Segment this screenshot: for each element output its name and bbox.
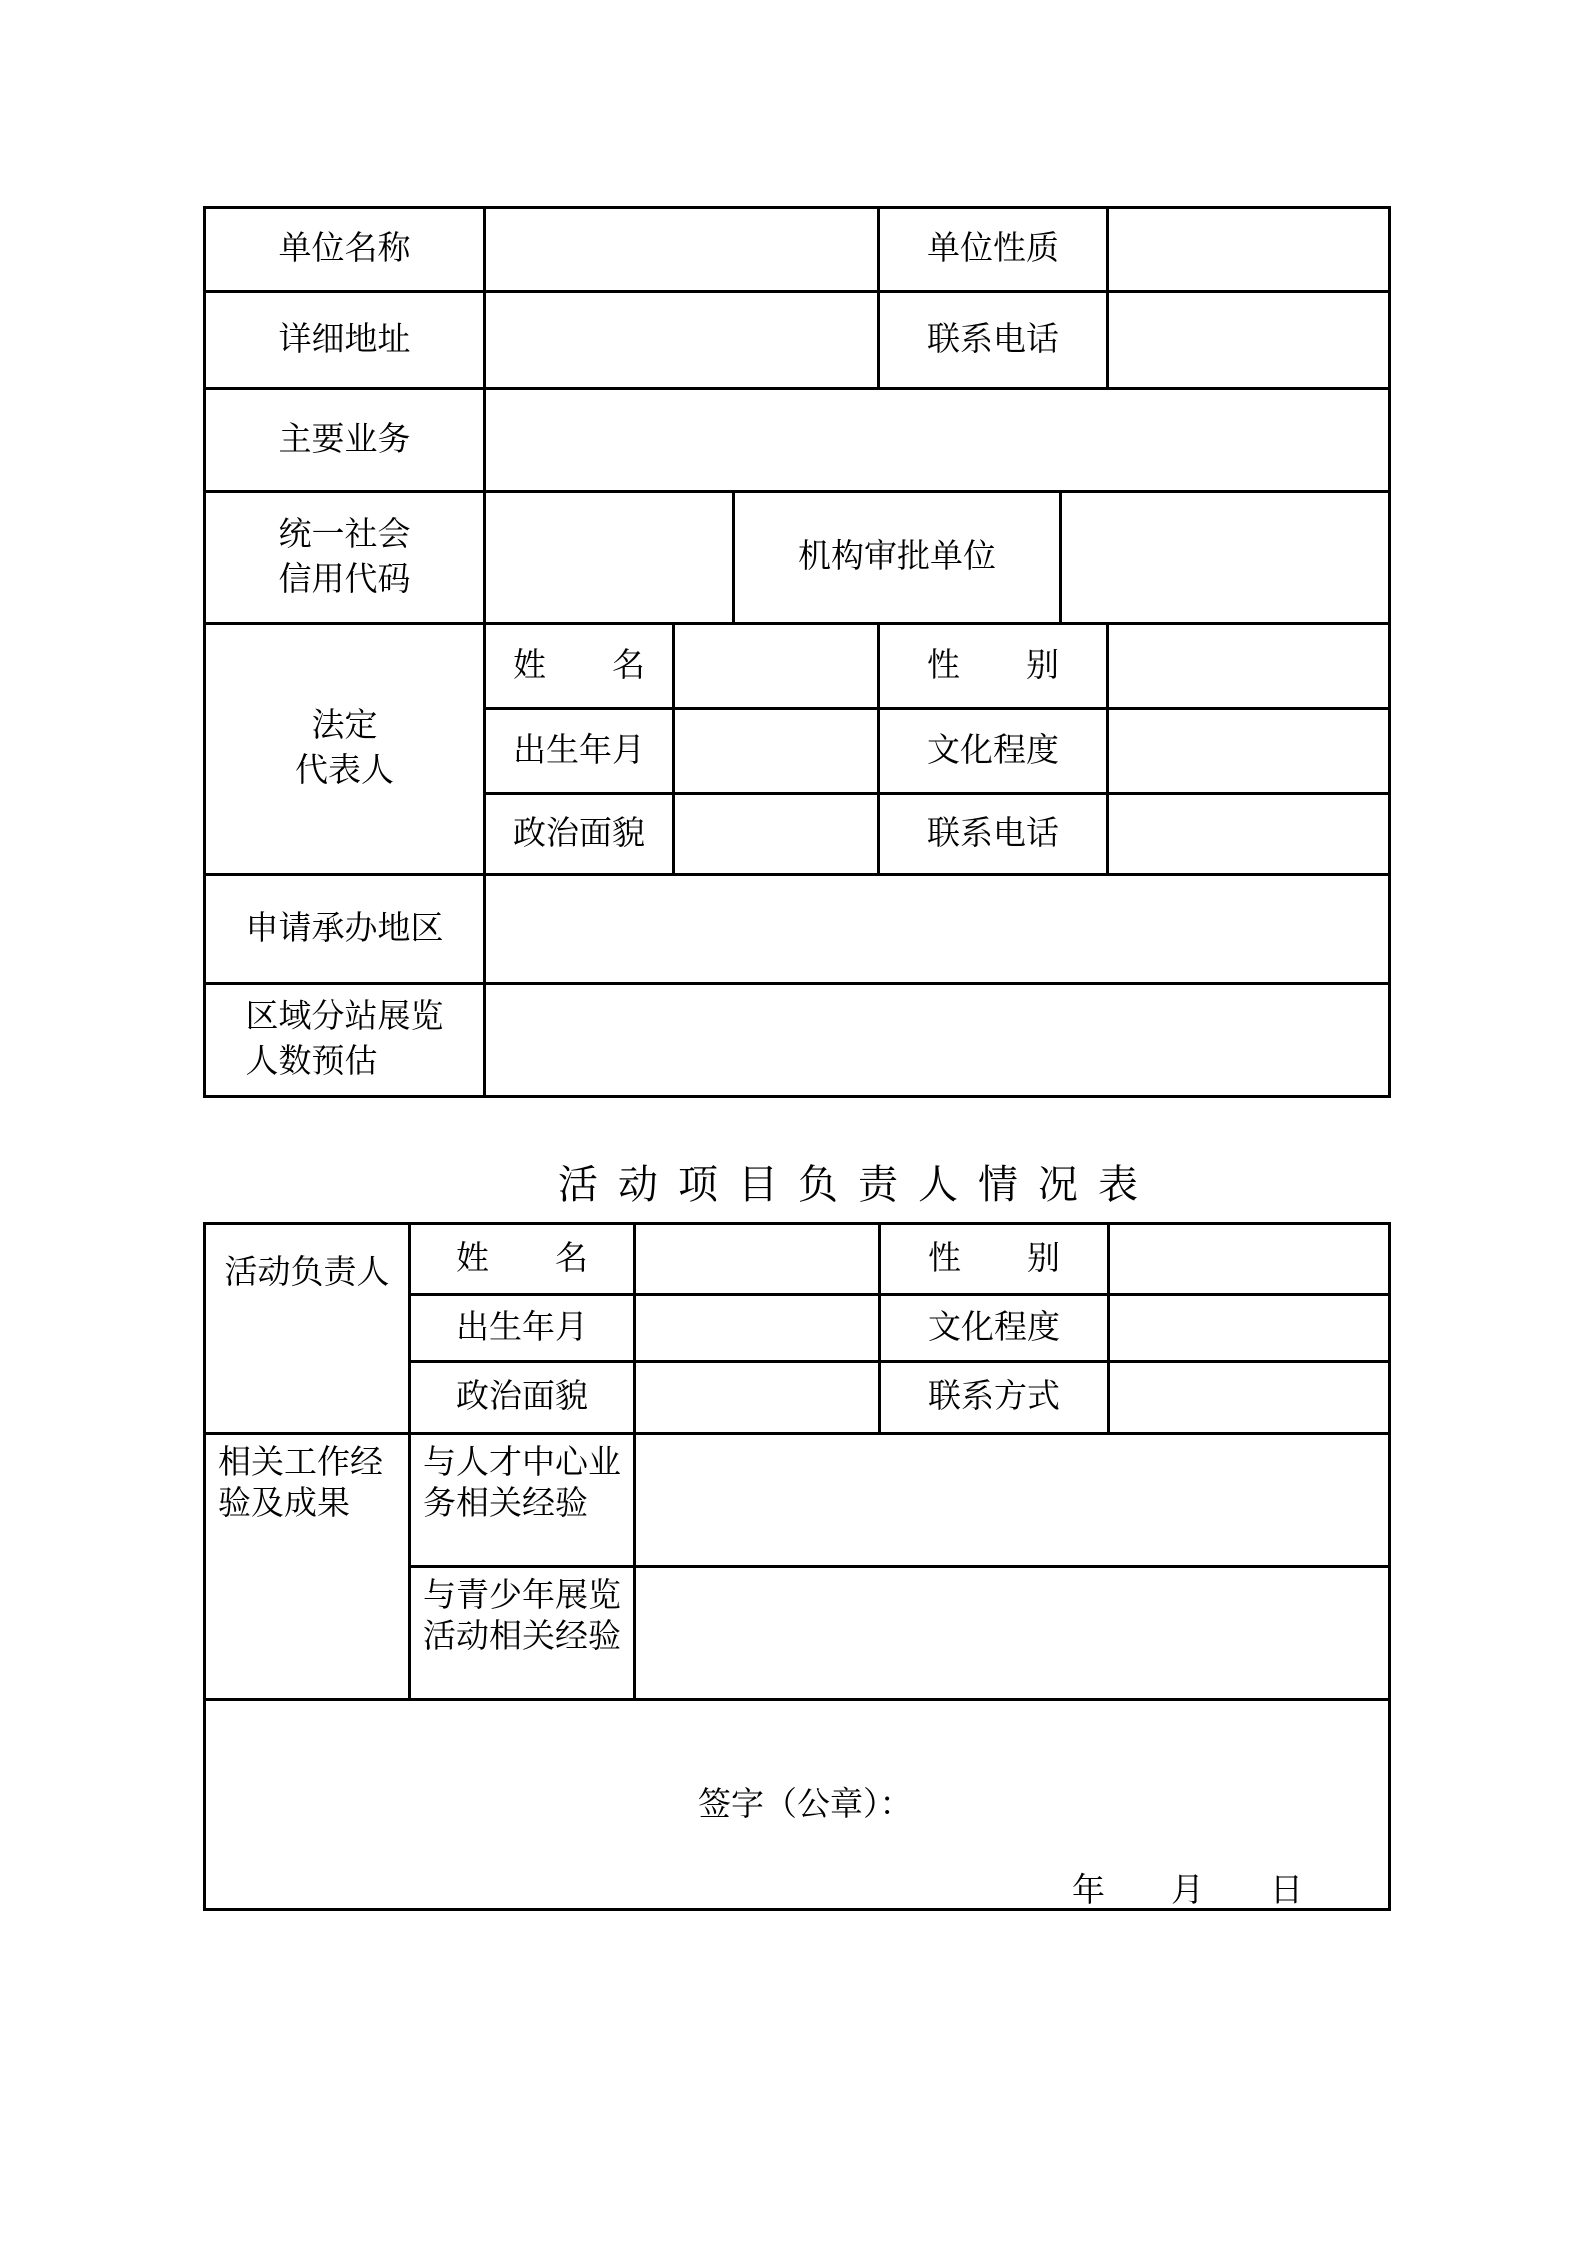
rep-birth-value-cell [674,709,879,794]
date-label: 年 月 日 [1072,1869,1303,1910]
main-business-value-cell [485,389,1390,492]
rep-name-label: 姓 名 [485,624,674,709]
contact-phone-value-cell [1108,292,1390,389]
talent-center-exp-label: 与人才中心业 务相关经验 [410,1434,635,1567]
rep-education-value-cell [1108,709,1390,794]
unit-nature-value-cell [1108,208,1390,292]
approval-unit-value-cell [1061,492,1390,624]
apply-region-label: 申请承办地区 [205,875,485,984]
rep-political-label: 政治面貌 [485,794,674,875]
address-label: 详细地址 [205,292,485,389]
contact-phone-label: 联系电话 [879,292,1108,389]
unit-name-value-cell [485,208,879,292]
leader-label: 活动负责人 [205,1224,410,1434]
leader-education-label: 文化程度 [880,1295,1109,1362]
rep-birth-label: 出生年月 [485,709,674,794]
company-info-table: 单位名称 单位性质 详细地址 联系电话 主要业务 统一社会 信用代码 机构审批单… [203,206,1391,1098]
attendance-estimate-value-cell [485,984,1390,1097]
apply-region-value-cell [485,875,1390,984]
credit-code-value-cell [485,492,734,624]
talent-center-exp-value-cell [635,1434,1390,1567]
approval-unit-label: 机构审批单位 [734,492,1061,624]
leader-gender-value-cell [1109,1224,1390,1295]
signature-label: 签字（公章）： [698,1783,913,1828]
rep-education-label: 文化程度 [879,709,1108,794]
experience-label: 相关工作经 验及成果 [205,1434,410,1700]
leader-birth-label: 出生年月 [410,1295,635,1362]
youth-exhibition-exp-label: 与青少年展览 活动相关经验 [410,1567,635,1700]
section-title: 活 动 项 目 负 责 人 情 况 表 [203,1153,1388,1210]
attendance-estimate-label-text: 区域分站展览 人数预估 [246,995,444,1084]
leader-name-value-cell [635,1224,880,1295]
rep-phone-value-cell [1108,794,1390,875]
leader-political-value-cell [635,1362,880,1434]
rep-gender-label: 性 别 [879,624,1108,709]
signature-cell: 签字（公章）： 年 月 日 [205,1700,1390,1910]
leader-birth-value-cell [635,1295,880,1362]
leader-contact-label: 联系方式 [880,1362,1109,1434]
unit-name-label: 单位名称 [205,208,485,292]
main-business-label: 主要业务 [205,389,485,492]
unit-nature-label: 单位性质 [879,208,1108,292]
leader-name-label: 姓 名 [410,1224,635,1295]
rep-phone-label: 联系电话 [879,794,1108,875]
attendance-estimate-label: 区域分站展览 人数预估 [205,984,485,1097]
leader-info-table: 活动负责人 姓 名 性 别 出生年月 文化程度 政治面貌 联系方式 相关工作经 … [203,1222,1391,1911]
credit-code-label: 统一社会 信用代码 [205,492,485,624]
rep-name-value-cell [674,624,879,709]
leader-education-value-cell [1109,1295,1390,1362]
leader-political-label: 政治面貌 [410,1362,635,1434]
address-value-cell [485,292,879,389]
leader-gender-label: 性 别 [880,1224,1109,1295]
rep-gender-value-cell [1108,624,1390,709]
rep-political-value-cell [674,794,879,875]
legal-rep-label: 法定 代表人 [205,624,485,875]
youth-exhibition-exp-value-cell [635,1567,1390,1700]
document-page: 单位名称 单位性质 详细地址 联系电话 主要业务 统一社会 信用代码 机构审批单… [0,0,1587,2245]
leader-contact-value-cell [1109,1362,1390,1434]
